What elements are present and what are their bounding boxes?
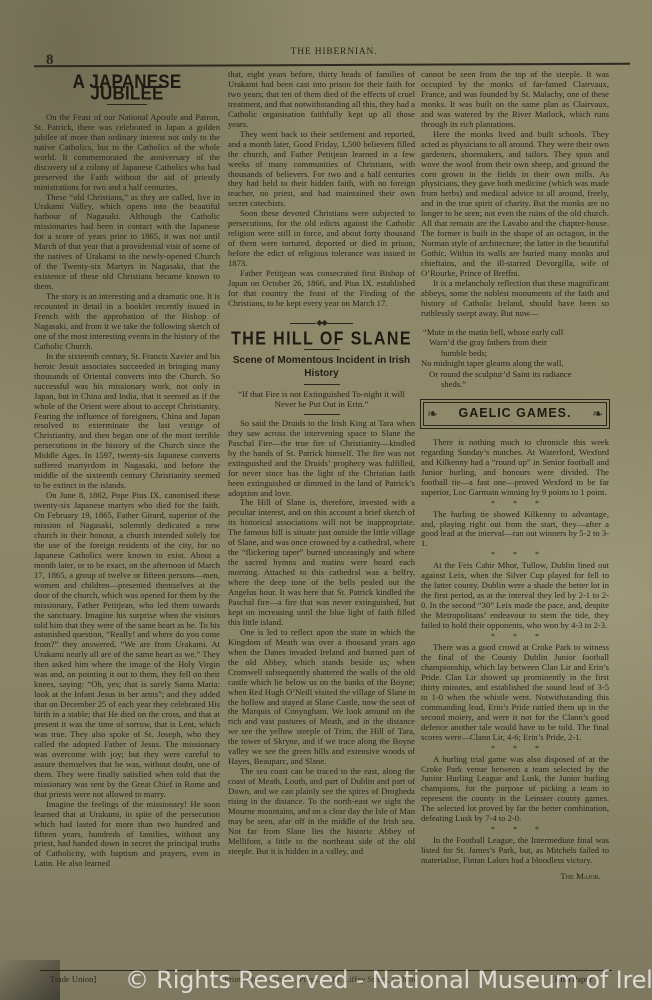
- epigraph-rule: [304, 414, 340, 415]
- diamond-ornament-icon: ◆◆: [316, 318, 326, 327]
- paragraph: It is a melancholy reflection that these…: [421, 279, 609, 319]
- paragraph: On June 8, 1862, Pope Pius IX. canonised…: [34, 491, 220, 800]
- paragraph: The Hill of Slane is, therefore, investe…: [228, 498, 415, 627]
- paragraph: There is nothing much to chronicle this …: [421, 438, 609, 498]
- paragraph: These “old Christians,” as they are call…: [34, 193, 220, 293]
- newspaper-page: 8 THE HIBERNIAN. A JAPANESE JUBILEE On t…: [0, 0, 652, 1000]
- author-signature: The Major.: [421, 872, 609, 882]
- paragraph: A hurling trial game was also disposed o…: [421, 755, 609, 825]
- poem-line: humble beds;: [421, 348, 609, 359]
- subtitle-rule: [304, 384, 340, 385]
- paragraph: In the Football League, the Intermediate…: [421, 836, 609, 866]
- paragraph-continued: cannot be seen from the top of the steep…: [421, 70, 609, 130]
- section-banner-gaelic-games: ❧ GAELIC GAMES. ❧: [423, 402, 607, 426]
- paragraph: The story is an interesting and a dramat…: [34, 292, 220, 352]
- paragraph: Father Petitjean was consecrated first B…: [228, 269, 415, 309]
- section-separator: * * *: [421, 825, 609, 835]
- footer-left: Trade Union]: [50, 974, 96, 984]
- article-title-hill-of-slane: THE HILL OF SLANE: [228, 334, 415, 345]
- journal-title: THE HIBERNIAN.: [40, 47, 628, 57]
- poem-line: sheds.”: [421, 379, 609, 390]
- epigraph: “If that Fire is not Extinguished To-nig…: [232, 389, 411, 410]
- section-separator: * * *: [421, 550, 609, 560]
- paragraph: They went back to their settlement and r…: [228, 130, 415, 210]
- paragraph: There was a good crowd at Croke Park to …: [421, 643, 609, 743]
- column-3: cannot be seen from the top of the steep…: [421, 70, 609, 882]
- paragraph: One is led to reflect upon the state in …: [228, 628, 415, 767]
- paragraph: At the Feis Cahir Mhor, Tullow, Dublin l…: [421, 561, 609, 631]
- poem-quotation: “Mute in the matin bell, whose early cal…: [421, 327, 609, 390]
- section-separator: * * *: [421, 632, 609, 642]
- section-separator: * * *: [421, 744, 609, 754]
- article-title-japanese-jubilee: A JAPANESE JUBILEE: [34, 77, 220, 100]
- poem-line: “Mute in the matin bell, whose early cal…: [421, 327, 609, 338]
- paragraph: On the Feast of our National Apostle and…: [34, 113, 220, 193]
- copyright-watermark: © Rights Reserved - National Museum of I…: [125, 966, 652, 994]
- column-1: A JAPANESE JUBILEE On the Feast of our N…: [34, 70, 220, 869]
- section-separator: * * *: [421, 499, 609, 509]
- scroll-ornament-icon: ❧: [592, 406, 603, 422]
- paragraph: In the sixteenth century, St. Francis Xa…: [34, 352, 220, 491]
- scroll-ornament-icon: ❧: [427, 406, 438, 422]
- poem-line: No midnight taper gleams along the wall,: [421, 358, 609, 369]
- article-subtitle: Scene of Momentous Incident in Irish His…: [228, 354, 415, 380]
- poem-line: Or round the sculptur’d Saint its radian…: [421, 369, 609, 380]
- paragraph: Here the monks lived and built schools. …: [421, 130, 609, 279]
- paragraph: The sea coast can be traced to the east,…: [228, 767, 415, 857]
- paragraph: The hurling tie showed Kilkenny to advan…: [421, 510, 609, 550]
- poem-line: Warn’d the gray fathers from their: [421, 337, 609, 348]
- paragraph: Soon these devoted Christians were subje…: [228, 209, 415, 269]
- section-title: GAELIC GAMES.: [458, 409, 571, 419]
- paragraph-continued: that, eight years before, thirty heads o…: [228, 70, 415, 130]
- paragraph: So said the Druids to the Irish King at …: [228, 419, 415, 499]
- paragraph: Imagine the feelings of the missionary! …: [34, 800, 220, 870]
- ornamental-divider: ◆◆: [228, 317, 415, 329]
- column-2: that, eight years before, thirty heads o…: [228, 70, 415, 857]
